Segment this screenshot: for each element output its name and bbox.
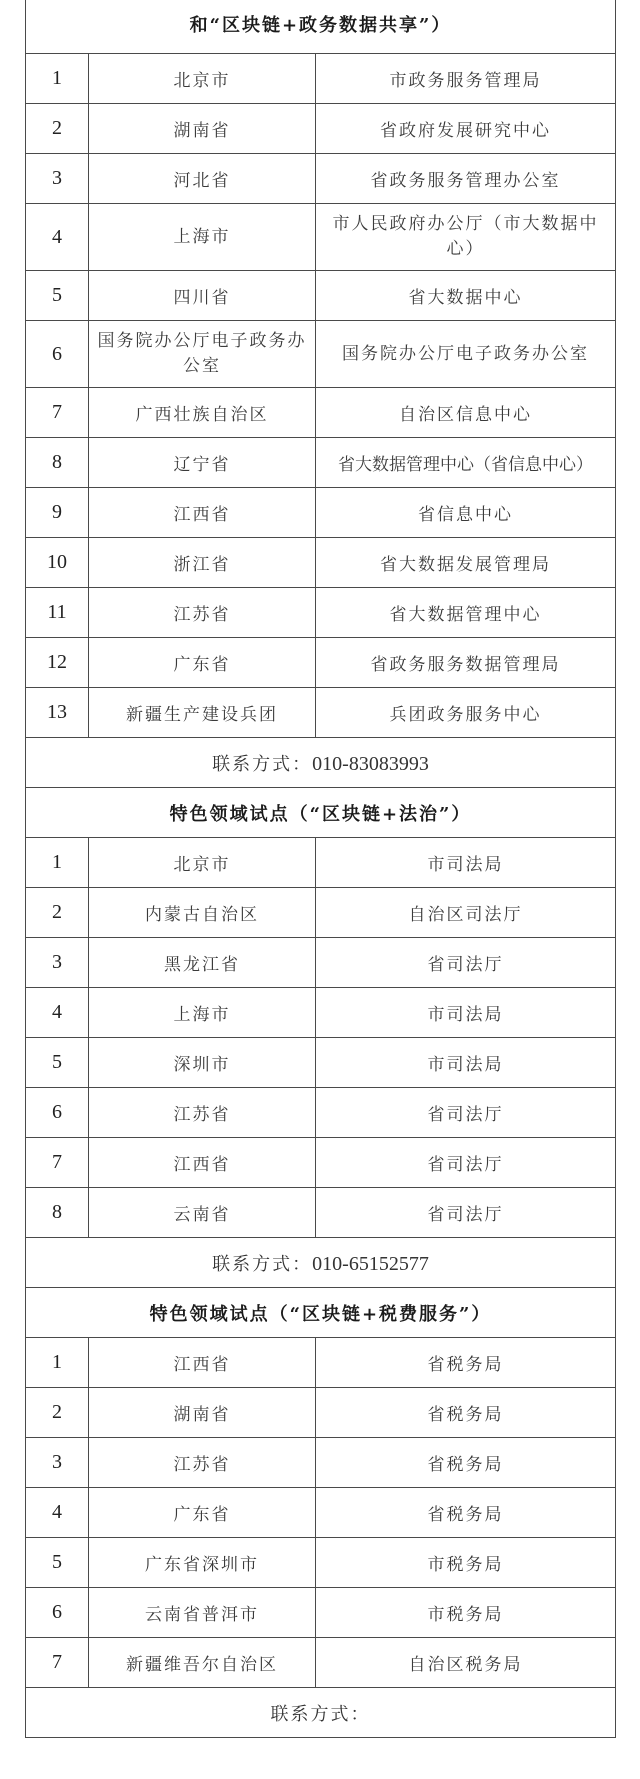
agency-cell: 国务院办公厅电子政务办公室 bbox=[316, 321, 616, 388]
region-cell: 湖南省 bbox=[89, 1388, 316, 1438]
row-number: 2 bbox=[26, 888, 89, 938]
agency-cell: 省大数据管理中心（省信息中心） bbox=[316, 438, 616, 488]
contact-info: 联系方式： bbox=[26, 1688, 616, 1738]
agency-cell: 省司法厅 bbox=[316, 1138, 616, 1188]
agency-cell: 市税务局 bbox=[316, 1588, 616, 1638]
section-header-tax-services: 特色领域试点（“区块链+税费服务”） bbox=[26, 1288, 616, 1338]
table-row: 6云南省普洱市市税务局 bbox=[26, 1588, 616, 1638]
table-row: 6江苏省省司法厅 bbox=[26, 1088, 616, 1138]
row-number: 3 bbox=[26, 154, 89, 204]
agency-cell: 市司法局 bbox=[316, 988, 616, 1038]
table-row: 4上海市市人民政府办公厅（市大数据中心） bbox=[26, 204, 616, 271]
section-header-government-services: 特色领域试点（“区块链+政务服务” 和“区块链+政务数据共享”） bbox=[26, 0, 616, 54]
region-cell: 新疆生产建设兵团 bbox=[89, 688, 316, 738]
row-number: 13 bbox=[26, 688, 89, 738]
region-cell: 北京市 bbox=[89, 838, 316, 888]
region-cell: 江苏省 bbox=[89, 588, 316, 638]
row-number: 4 bbox=[26, 1488, 89, 1538]
table-row: 1北京市市政务服务管理局 bbox=[26, 54, 616, 104]
agency-cell: 自治区司法厅 bbox=[316, 888, 616, 938]
region-cell: 江苏省 bbox=[89, 1438, 316, 1488]
region-cell: 江苏省 bbox=[89, 1088, 316, 1138]
row-number: 5 bbox=[26, 1538, 89, 1588]
region-cell: 广东省 bbox=[89, 1488, 316, 1538]
row-number: 9 bbox=[26, 488, 89, 538]
pilot-table: 特色领域试点（“区块链+政务服务” 和“区块链+政务数据共享”） 1北京市市政务… bbox=[25, 0, 616, 1738]
table-row: 9江西省省信息中心 bbox=[26, 488, 616, 538]
agency-cell: 省政务服务管理办公室 bbox=[316, 154, 616, 204]
contact-phone: 010-83083993 bbox=[312, 753, 429, 775]
section-title-line1: 特色领域试点（“区块链+政务服务” bbox=[30, 0, 611, 9]
region-cell: 新疆维吾尔自治区 bbox=[89, 1638, 316, 1688]
section-title: 特色领域试点（“区块链+税费服务”） bbox=[26, 1288, 616, 1338]
table-row: 2湖南省省税务局 bbox=[26, 1388, 616, 1438]
table-row: 13新疆生产建设兵团兵团政务服务中心 bbox=[26, 688, 616, 738]
region-cell: 国务院办公厅电子政务办公室 bbox=[89, 321, 316, 388]
region-cell: 上海市 bbox=[89, 204, 316, 271]
row-number: 4 bbox=[26, 988, 89, 1038]
section-title: 特色领域试点（“区块链+政务服务” 和“区块链+政务数据共享”） bbox=[26, 0, 616, 54]
row-number: 4 bbox=[26, 204, 89, 271]
agency-cell: 省政务服务数据管理局 bbox=[316, 638, 616, 688]
row-number: 2 bbox=[26, 104, 89, 154]
agency-cell: 市人民政府办公厅（市大数据中心） bbox=[316, 204, 616, 271]
row-number: 7 bbox=[26, 1138, 89, 1188]
region-cell: 上海市 bbox=[89, 988, 316, 1038]
agency-cell: 省税务局 bbox=[316, 1488, 616, 1538]
table-row: 1江西省省税务局 bbox=[26, 1338, 616, 1388]
row-number: 7 bbox=[26, 1638, 89, 1688]
section-title: 特色领域试点（“区块链+法治”） bbox=[26, 788, 616, 838]
contact-label: 联系方式： bbox=[212, 754, 312, 775]
agency-cell: 省信息中心 bbox=[316, 488, 616, 538]
table-row: 2内蒙古自治区自治区司法厅 bbox=[26, 888, 616, 938]
region-cell: 云南省普洱市 bbox=[89, 1588, 316, 1638]
section-header-rule-of-law: 特色领域试点（“区块链+法治”） bbox=[26, 788, 616, 838]
agency-cell: 市司法局 bbox=[316, 838, 616, 888]
region-cell: 云南省 bbox=[89, 1188, 316, 1238]
agency-cell: 省司法厅 bbox=[316, 938, 616, 988]
region-cell: 广东省 bbox=[89, 638, 316, 688]
agency-cell: 省大数据中心 bbox=[316, 271, 616, 321]
region-cell: 深圳市 bbox=[89, 1038, 316, 1088]
row-number: 11 bbox=[26, 588, 89, 638]
table-row: 2湖南省省政府发展研究中心 bbox=[26, 104, 616, 154]
agency-cell: 市政务服务管理局 bbox=[316, 54, 616, 104]
region-cell: 浙江省 bbox=[89, 538, 316, 588]
table-row: 8云南省省司法厅 bbox=[26, 1188, 616, 1238]
table-row: 3江苏省省税务局 bbox=[26, 1438, 616, 1488]
region-cell: 广东省深圳市 bbox=[89, 1538, 316, 1588]
row-number: 2 bbox=[26, 1388, 89, 1438]
table-row: 4广东省省税务局 bbox=[26, 1488, 616, 1538]
agency-cell: 省政府发展研究中心 bbox=[316, 104, 616, 154]
table-row: 11江苏省省大数据管理中心 bbox=[26, 588, 616, 638]
agency-cell: 兵团政务服务中心 bbox=[316, 688, 616, 738]
contact-info: 联系方式：010-83083993 bbox=[26, 738, 616, 788]
table-row: 4上海市市司法局 bbox=[26, 988, 616, 1038]
contact-label: 联系方式： bbox=[271, 1704, 371, 1725]
row-number: 5 bbox=[26, 271, 89, 321]
row-number: 12 bbox=[26, 638, 89, 688]
region-cell: 北京市 bbox=[89, 54, 316, 104]
row-number: 5 bbox=[26, 1038, 89, 1088]
table-row: 5广东省深圳市市税务局 bbox=[26, 1538, 616, 1588]
contact-row: 联系方式：010-65152577 bbox=[26, 1238, 616, 1288]
contact-info: 联系方式：010-65152577 bbox=[26, 1238, 616, 1288]
contact-row: 联系方式：010-83083993 bbox=[26, 738, 616, 788]
table-row: 6国务院办公厅电子政务办公室国务院办公厅电子政务办公室 bbox=[26, 321, 616, 388]
row-number: 10 bbox=[26, 538, 89, 588]
table-row: 8辽宁省省大数据管理中心（省信息中心） bbox=[26, 438, 616, 488]
table-row: 1北京市市司法局 bbox=[26, 838, 616, 888]
table-row: 5四川省省大数据中心 bbox=[26, 271, 616, 321]
agency-cell: 省司法厅 bbox=[316, 1188, 616, 1238]
agency-cell: 省大数据发展管理局 bbox=[316, 538, 616, 588]
table-row: 7新疆维吾尔自治区自治区税务局 bbox=[26, 1638, 616, 1688]
row-number: 3 bbox=[26, 1438, 89, 1488]
row-number: 7 bbox=[26, 388, 89, 438]
row-number: 1 bbox=[26, 1338, 89, 1388]
row-number: 3 bbox=[26, 938, 89, 988]
region-cell: 江西省 bbox=[89, 1138, 316, 1188]
row-number: 1 bbox=[26, 838, 89, 888]
region-cell: 辽宁省 bbox=[89, 438, 316, 488]
pilot-document: 特色领域试点（“区块链+政务服务” 和“区块链+政务数据共享”） 1北京市市政务… bbox=[25, 0, 615, 1738]
table-row: 7江西省省司法厅 bbox=[26, 1138, 616, 1188]
agency-cell: 自治区信息中心 bbox=[316, 388, 616, 438]
table-row: 10浙江省省大数据发展管理局 bbox=[26, 538, 616, 588]
row-number: 1 bbox=[26, 54, 89, 104]
agency-cell: 省税务局 bbox=[316, 1388, 616, 1438]
region-cell: 内蒙古自治区 bbox=[89, 888, 316, 938]
table-row: 5深圳市市司法局 bbox=[26, 1038, 616, 1088]
row-number: 8 bbox=[26, 1188, 89, 1238]
agency-cell: 自治区税务局 bbox=[316, 1638, 616, 1688]
section-title-line2: 和“区块链+政务数据共享”） bbox=[30, 9, 611, 43]
region-cell: 湖南省 bbox=[89, 104, 316, 154]
agency-cell: 市司法局 bbox=[316, 1038, 616, 1088]
region-cell: 黑龙江省 bbox=[89, 938, 316, 988]
region-cell: 河北省 bbox=[89, 154, 316, 204]
row-number: 6 bbox=[26, 1588, 89, 1638]
table-row: 12广东省省政务服务数据管理局 bbox=[26, 638, 616, 688]
region-cell: 广西壮族自治区 bbox=[89, 388, 316, 438]
table-row: 3河北省省政务服务管理办公室 bbox=[26, 154, 616, 204]
agency-cell: 省税务局 bbox=[316, 1438, 616, 1488]
contact-phone: 010-65152577 bbox=[312, 1253, 429, 1275]
region-cell: 四川省 bbox=[89, 271, 316, 321]
contact-row: 联系方式： bbox=[26, 1688, 616, 1738]
agency-cell: 省税务局 bbox=[316, 1338, 616, 1388]
agency-cell: 市税务局 bbox=[316, 1538, 616, 1588]
row-number: 6 bbox=[26, 1088, 89, 1138]
row-number: 8 bbox=[26, 438, 89, 488]
region-cell: 江西省 bbox=[89, 488, 316, 538]
region-cell: 江西省 bbox=[89, 1338, 316, 1388]
table-row: 7广西壮族自治区自治区信息中心 bbox=[26, 388, 616, 438]
table-row: 3黑龙江省省司法厅 bbox=[26, 938, 616, 988]
agency-cell: 省大数据管理中心 bbox=[316, 588, 616, 638]
contact-label: 联系方式： bbox=[212, 1254, 312, 1275]
row-number: 6 bbox=[26, 321, 89, 388]
agency-cell: 省司法厅 bbox=[316, 1088, 616, 1138]
